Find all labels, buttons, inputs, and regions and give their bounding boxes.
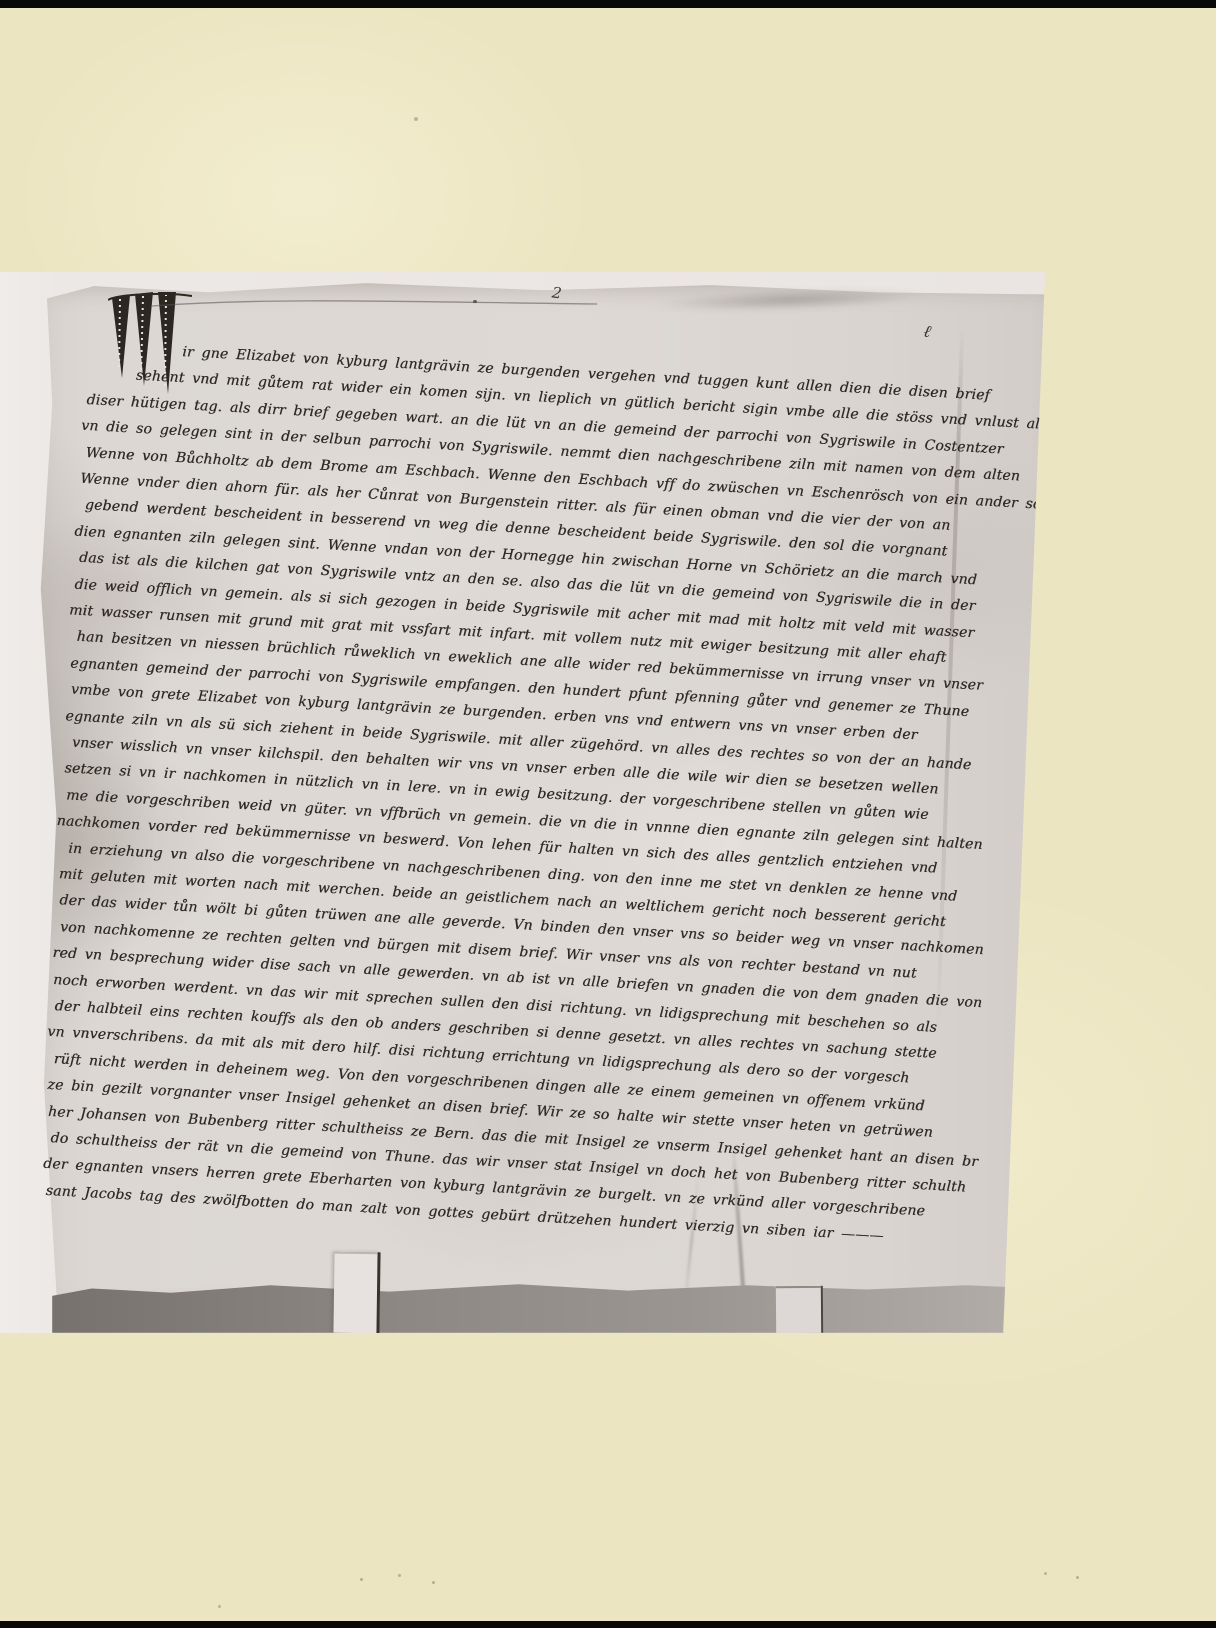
- page-speck: [1076, 1576, 1079, 1579]
- seal-tab-2: [776, 1286, 823, 1333]
- seal-tab-1: [333, 1252, 380, 1333]
- folio-number-mark: 2: [551, 283, 563, 302]
- manuscript-text: ir gne Elizabet von kyburg lantgrävin ze…: [39, 300, 1045, 1303]
- page-speck: [1044, 1572, 1047, 1575]
- book-page: { "manuscript": { "initial_letter": "W",…: [0, 0, 1216, 1628]
- page-speck: [398, 1574, 401, 1577]
- archival-photo: 2 ℓ ir gne Elizabet von kyburg lantgrävi…: [0, 272, 1045, 1333]
- page-speck: [360, 1578, 363, 1581]
- film-edge-top: [0, 0, 1216, 8]
- page-speck: [218, 1605, 221, 1608]
- page-speck: [414, 117, 418, 121]
- film-edge-bottom: [0, 1621, 1216, 1628]
- page-speck: [432, 1581, 435, 1584]
